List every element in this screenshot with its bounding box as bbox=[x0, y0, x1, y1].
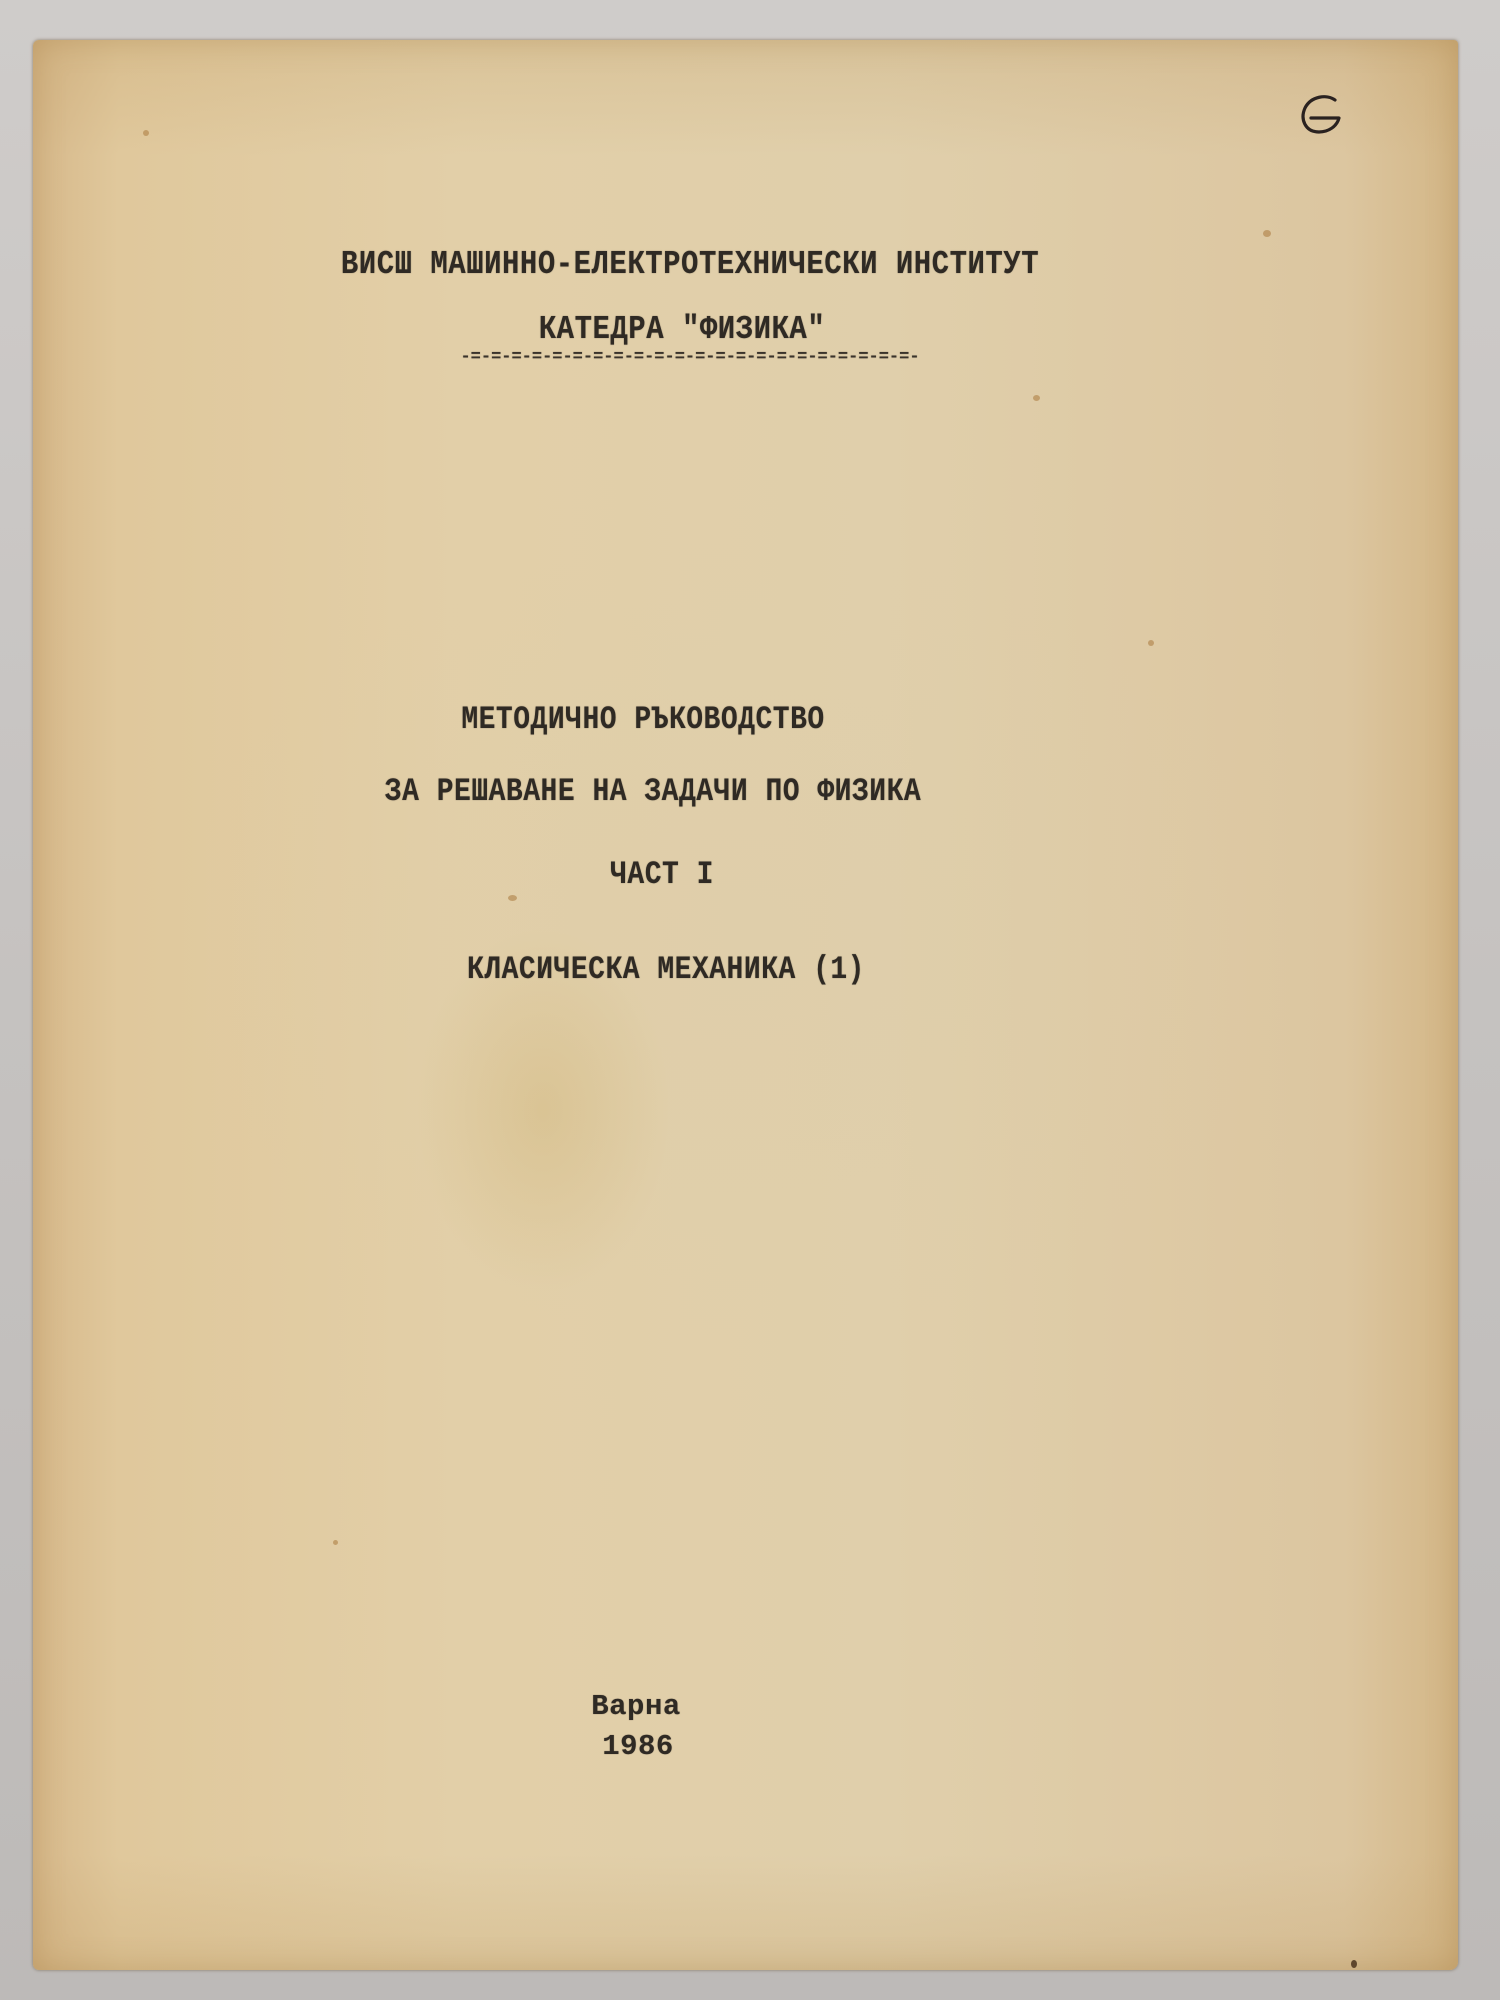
typed-divider: -=-=-=-=-=-=-=-=-=-=-=-=-=-=-=-=-=-=-=-=… bbox=[460, 348, 919, 367]
publication-city: Варна bbox=[591, 1690, 681, 1723]
paper-stain bbox=[143, 130, 149, 136]
paper-stain bbox=[1263, 230, 1271, 237]
handwritten-g-mark-icon bbox=[1297, 92, 1345, 140]
document-title-line-1: МЕТОДИЧНО РЪКОВОДСТВО bbox=[461, 703, 824, 739]
paper-stain bbox=[1351, 1960, 1357, 1968]
paper-stain bbox=[333, 1540, 338, 1545]
part-number: ЧАСТ I bbox=[610, 858, 714, 894]
paper-stain bbox=[1033, 395, 1040, 401]
publication-year: 1986 bbox=[602, 1730, 674, 1763]
document-title-line-2: ЗА РЕШАВАНЕ НА ЗАДАЧИ ПО ФИЗИКА bbox=[385, 775, 921, 811]
subject-title: КЛАСИЧЕСКА МЕХАНИКА (1) bbox=[467, 953, 865, 989]
institute-heading: ВИСШ МАШИННО-ЕЛЕКТРОТЕХНИЧЕСКИ ИНСТИТУТ bbox=[341, 246, 1039, 284]
paper-stain bbox=[508, 895, 517, 901]
paper-stain bbox=[1148, 640, 1154, 646]
department-heading: КАТЕДРА "ФИЗИКА" bbox=[539, 311, 825, 349]
